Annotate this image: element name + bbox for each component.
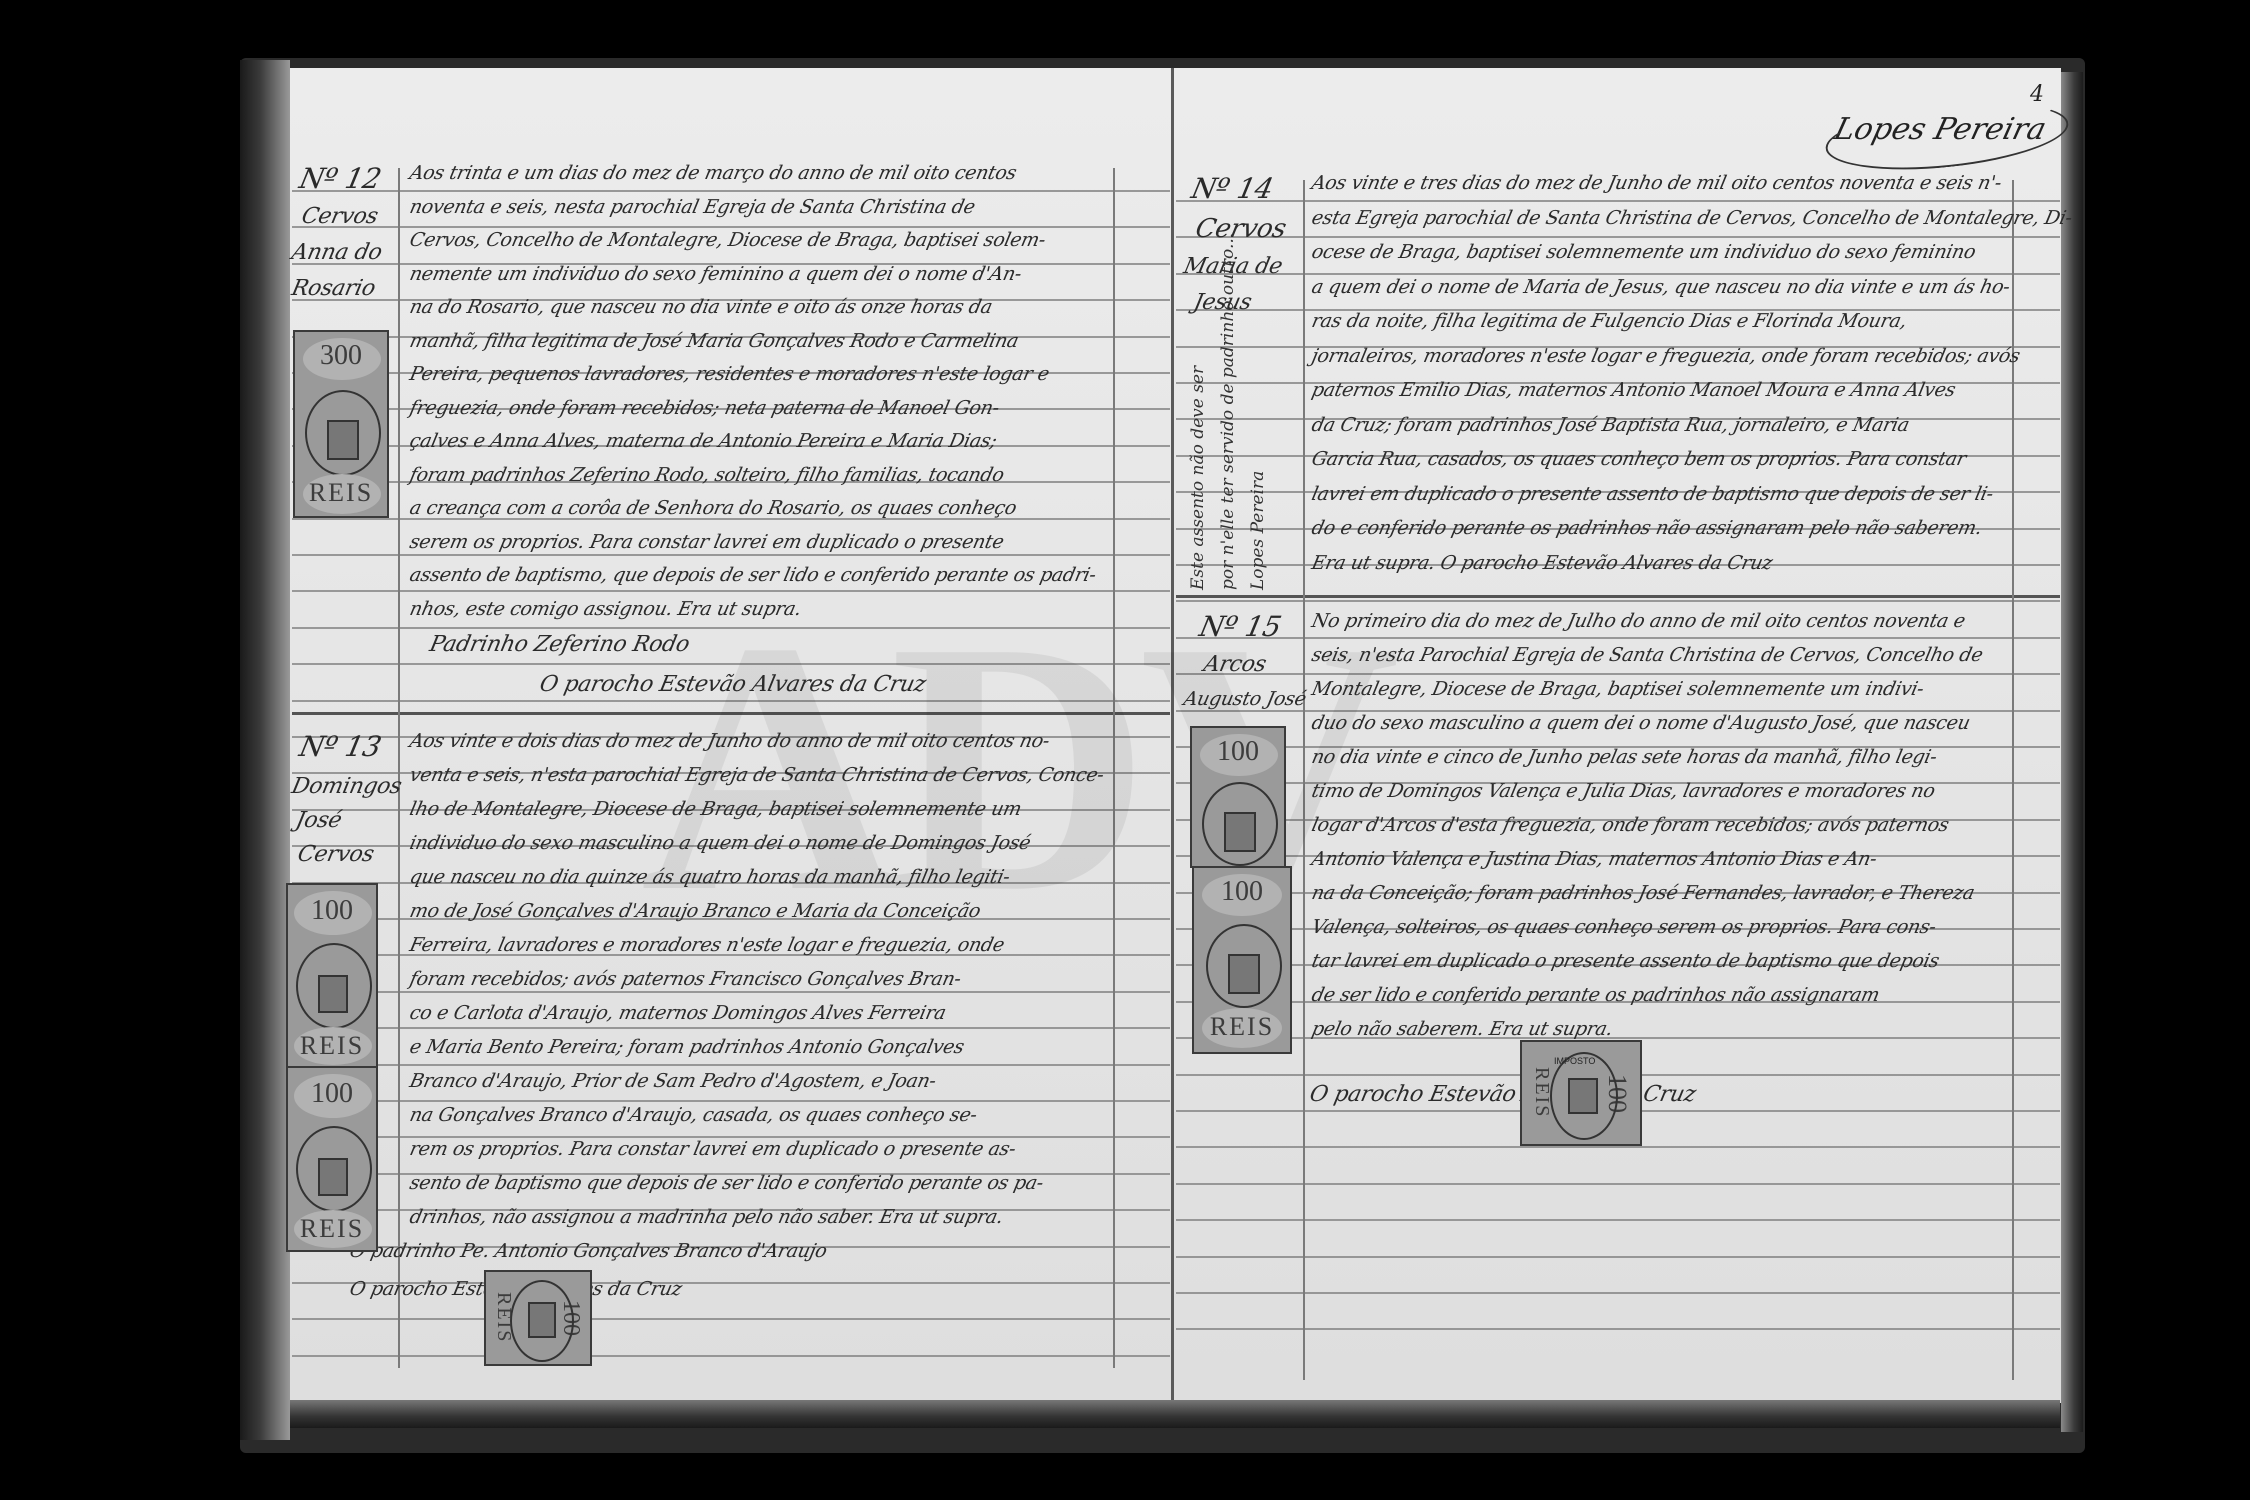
handwritten-line: Valença, solteiros, os quaes conheço ser… — [1310, 916, 1938, 938]
ruled-line — [1176, 1146, 2060, 1148]
entry-number: Nº 14 — [1188, 172, 1276, 205]
handwritten-line: nhos, este comigo assignou. Era ut supra… — [408, 598, 804, 620]
ruled-line — [1176, 1037, 2060, 1039]
ruled-line — [1176, 1183, 2060, 1185]
handwritten-line: na Gonçalves Branco d'Araujo, casada, os… — [408, 1104, 979, 1126]
entry-name-line1: Domingos — [289, 774, 403, 799]
handwritten-line: sento de baptismo que depois de ser lido… — [408, 1172, 1046, 1194]
ruled-line — [1176, 1328, 2060, 1330]
revenue-stamp: 100 REIS — [484, 1270, 592, 1366]
handwritten-line: mo de José Gonçalves d'Araujo Branco e M… — [408, 900, 983, 922]
handwritten-line: timo de Domingos Valença e Julia Dias, l… — [1310, 780, 1937, 802]
revenue-stamp: 100 — [1190, 726, 1286, 868]
signature-parocho: O parocho Estevão Alvares da Cruz — [537, 672, 928, 697]
handwritten-line: Aos trinta e um dias do mez de março do … — [408, 162, 1019, 184]
handwritten-line: Aos vinte e dois dias do mez de Junho do… — [408, 730, 1052, 752]
handwritten-line: que nasceu no dia quinze ás quatro horas… — [408, 866, 1012, 888]
handwritten-line: çalves e Anna Alves, materna de Antonio … — [408, 430, 999, 452]
ruled-line — [398, 168, 400, 1368]
handwritten-line: venta e seis, n'esta parochial Egreja de… — [408, 764, 1106, 786]
entry-name-line2: Rosario — [289, 276, 377, 301]
revenue-stamp: 100 REIS — [286, 883, 378, 1069]
handwritten-line: jornaleiros, moradores n'este logar e fr… — [1310, 345, 2022, 367]
handwritten-line: serem os proprios. Para constar lavrei e… — [408, 531, 1006, 553]
handwritten-line: Antonio Valença e Justina Dias, maternos… — [1310, 848, 1879, 870]
handwritten-line: seis, n'esta Parochial Egreja de Santa C… — [1310, 644, 1985, 666]
handwritten-line: Cervos, Concelho de Montalegre, Diocese … — [408, 229, 1048, 251]
handwritten-line: Montalegre, Diocese de Braga, baptisei s… — [1310, 678, 1926, 700]
entry-place: Cervos — [299, 204, 380, 229]
handwritten-line: assento de baptismo, que depois de ser l… — [408, 564, 1098, 586]
handwritten-line: lavrei em duplicado o presente assento d… — [1310, 483, 1996, 505]
ruled-line — [292, 1355, 1170, 1357]
ruled-line — [1176, 200, 2060, 202]
signature-padrinho: O padrinho Pe. Antonio Gonçalves Branco … — [348, 1240, 829, 1262]
ruled-line — [292, 991, 1170, 993]
entry-place: Cervos — [295, 842, 376, 867]
handwritten-line: do e conferido perante os padrinhos não … — [1310, 517, 1984, 539]
entry-number: Nº 12 — [296, 162, 384, 195]
handwritten-line: noventa e seis, nesta parochial Egreja d… — [408, 196, 977, 218]
handwritten-line: Ferreira, lavradores e moradores n'este … — [408, 934, 1007, 956]
handwritten-line: na da Conceição; foram padrinhos José Fe… — [1310, 882, 1977, 904]
handwritten-line: freguezia, onde foram recebidos; neta pa… — [408, 397, 1002, 419]
book-left-edge — [240, 60, 290, 1440]
book-bottom-edge — [290, 1400, 2060, 1428]
ruled-line — [1176, 236, 2060, 238]
ruled-line — [1176, 1292, 2060, 1294]
handwritten-line: tar lavrei em duplicado o presente assen… — [1310, 950, 1942, 972]
ruled-line — [292, 1064, 1170, 1066]
handwritten-line: pelo não saberem. Era ut supra. — [1310, 1018, 1615, 1040]
revenue-stamp: 100 REIS IMPOSTO — [1520, 1040, 1642, 1146]
handwritten-line: individuo do sexo masculino a quem dei o… — [408, 832, 1033, 854]
handwritten-line: a quem dei o nome de Maria de Jesus, que… — [1310, 276, 2012, 298]
revenue-stamp: 100 REIS — [286, 1066, 378, 1252]
entry-name-line1: Anna do — [289, 240, 384, 265]
folio-number: 4 — [2030, 82, 2044, 107]
handwritten-line: na do Rosario, que nasceu no dia vinte e… — [408, 296, 995, 318]
handwritten-line: duo do sexo masculino a quem dei o nome … — [1310, 712, 1972, 734]
handwritten-line: rem os proprios. Para constar lavrei em … — [408, 1138, 1018, 1160]
ruled-line — [292, 1027, 1170, 1029]
revenue-stamp: 300 REIS — [293, 330, 389, 518]
signature-padrinho: Padrinho Zeferino Rodo — [427, 632, 691, 657]
book-right-edge — [2061, 72, 2083, 1432]
handwritten-line: Garcia Rua, casados, os quaes conheço be… — [1310, 448, 1968, 470]
entry-name-line1: Augusto José — [1182, 688, 1308, 710]
handwritten-line: e Maria Bento Pereira; foram padrinhos A… — [408, 1036, 966, 1058]
handwritten-line: ocese de Braga, baptisei solemnemente um… — [1310, 241, 1978, 263]
revenue-stamp: 100 REIS — [1192, 866, 1292, 1054]
ruled-line — [292, 554, 1170, 556]
ruled-line — [292, 190, 1170, 192]
ruled-line — [1176, 1219, 2060, 1221]
ruled-line — [1176, 1256, 2060, 1258]
entry-name-line2: José — [293, 808, 344, 833]
entry-number: Nº 15 — [1196, 610, 1284, 643]
handwritten-line: lho de Montalegre, Diocese de Braga, bap… — [408, 798, 1024, 820]
ruled-line — [1176, 273, 2060, 275]
handwritten-line: foram padrinhos Zeferino Rodo, solteiro,… — [408, 464, 1006, 486]
handwritten-line: a creança com a corôa de Senhora do Rosa… — [408, 497, 1019, 519]
handwritten-line: Pereira, pequenos lavradores, residentes… — [408, 363, 1052, 385]
ruled-line — [292, 1318, 1170, 1320]
handwritten-line: esta Egreja parochial de Santa Christina… — [1310, 207, 2074, 229]
ruled-line — [292, 1100, 1170, 1102]
handwritten-line: de ser lido e conferido perante os padri… — [1310, 984, 1882, 1006]
margin-note-line3: Lopes Pereira — [1248, 340, 1268, 590]
margin-note-line2: por n'elle ter servido de padrinho outro… — [1218, 340, 1238, 590]
handwritten-line: drinhos, não assignou a madrinha pelo nã… — [408, 1206, 1005, 1228]
handwritten-line: co e Carlota d'Araujo, maternos Domingos… — [408, 1002, 948, 1024]
handwritten-line: da Cruz; foram padrinhos José Baptista R… — [1310, 414, 1912, 436]
handwritten-line: Branco d'Araujo, Prior de Sam Pedro d'Ag… — [408, 1070, 938, 1092]
handwritten-line: nemente um individuo do sexo feminino a … — [408, 263, 1024, 285]
handwritten-line: Era ut supra. O parocho Estevão Alvares … — [1310, 552, 1775, 574]
handwritten-line: Aos vinte e tres dias do mez de Junho de… — [1310, 172, 2004, 194]
margin-note-line1: Este assento não deve ser — [1188, 340, 1208, 590]
handwritten-line: manhã, filha legitima de José Maria Gonç… — [408, 330, 1021, 352]
handwritten-line: ras da noite, filha legitima de Fulgenci… — [1310, 310, 1909, 332]
handwritten-line: logar d'Arcos d'esta freguezia, onde for… — [1310, 814, 1951, 836]
entry-place: Arcos — [1201, 652, 1268, 677]
entry-place: Cervos — [1193, 214, 1289, 244]
handwritten-line: foram recebidos; avós paternos Francisco… — [408, 968, 963, 990]
handwritten-line: paternos Emilio Dias, maternos Antonio M… — [1310, 379, 1958, 401]
handwritten-line: No primeiro dia do mez de Julho do anno … — [1310, 610, 1968, 632]
entry-number: Nº 13 — [296, 730, 384, 763]
handwritten-line: no dia vinte e cinco de Junho pelas sete… — [1310, 746, 1939, 768]
